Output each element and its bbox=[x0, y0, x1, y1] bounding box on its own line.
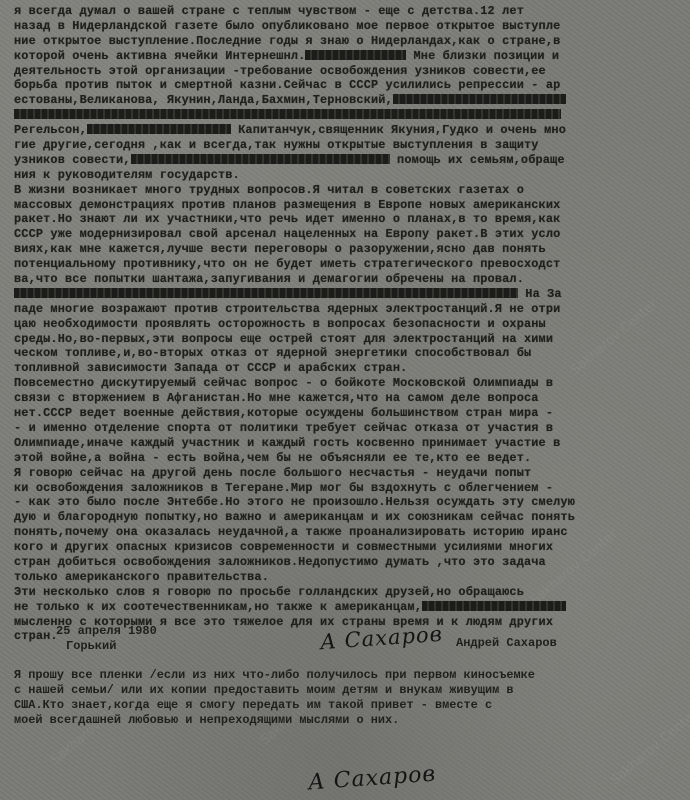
body-line: ние открытое выступление.Последние годы … bbox=[14, 34, 686, 49]
body-line: естованы,Великанова, Якунин,Ланда,Бахмин… bbox=[14, 93, 686, 108]
body-line: виях,как мне кажется,лучше вести перегов… bbox=[14, 242, 686, 257]
body-line: Олимпиаде,иначе каждый участник и каждый… bbox=[14, 436, 686, 451]
struck-out-text bbox=[422, 601, 566, 611]
body-line: ки освобождения заложников в Тегеране.Ми… bbox=[14, 481, 686, 496]
postscript-line: с нашей семьи/ или их копии предоставить… bbox=[14, 683, 686, 698]
body-line: На За bbox=[14, 287, 686, 302]
struck-out-text bbox=[14, 288, 518, 298]
postscript-line: США.Кто знает,когда еще я смогу передать… bbox=[14, 698, 686, 713]
letter-body: я всегда думал о вашей стране с теплым ч… bbox=[14, 4, 686, 644]
body-line: стран добиться освобождения заложников.Н… bbox=[14, 555, 686, 570]
body-line: - как это было после Энтеббе.Но этого не… bbox=[14, 495, 686, 510]
body-line: Регельсон, Капитанчук,священник Якуния,Г… bbox=[14, 123, 686, 138]
body-line: назад в Нидерландской газете было опубли… bbox=[14, 19, 686, 34]
body-line: В жизни возникает много трудных вопросов… bbox=[14, 183, 686, 198]
letter-place: Горький bbox=[56, 639, 157, 654]
postscript-line: моей всегдашней любовью и непреходящими … bbox=[14, 713, 686, 728]
body-line: дую и благородную попытку,но важно и аме… bbox=[14, 510, 686, 525]
body-line: ческом топливе,и,во-вторых отказ от ядер… bbox=[14, 346, 686, 361]
body-line: кого и других опасных кризисов современн… bbox=[14, 540, 686, 555]
body-line: узников совести, помощь их семьям,обраще bbox=[14, 153, 686, 168]
body-line: этой войне,а война - есть война,чем бы н… bbox=[14, 451, 686, 466]
struck-out-text bbox=[131, 154, 390, 164]
struck-out-text bbox=[14, 109, 561, 119]
body-line: деятельность этой организации -требовани… bbox=[14, 64, 686, 79]
body-line: топливной зависимости Запада от СССР и а… bbox=[14, 361, 686, 376]
body-line: - и именно отделение спорта от политики … bbox=[14, 421, 686, 436]
body-line: цаю необходимости проявлять осторожность… bbox=[14, 317, 686, 332]
final-handwritten-signature: А Сахаров bbox=[307, 762, 437, 796]
letter-date: 25 апреля 1980 bbox=[56, 624, 157, 639]
postscript: Я прошу все пленки /если из них что-либо… bbox=[14, 668, 686, 728]
scanned-letter-page: Sakharov CenterSakharov CenterSakharov C… bbox=[0, 0, 690, 800]
body-line: гие другие,сегодня ,как и всегда,так нуж… bbox=[14, 138, 686, 153]
typed-author-name: Андрей Сахаров bbox=[456, 636, 557, 650]
body-line: ния к руководителям государств. bbox=[14, 168, 686, 183]
struck-out-text bbox=[87, 124, 231, 134]
closing-block: 25 апреля 1980 Горький bbox=[56, 624, 157, 654]
body-line: только американского правительства. bbox=[14, 570, 686, 585]
postscript-line: Я прошу все пленки /если из них что-либо… bbox=[14, 668, 686, 683]
body-line: связи с вторжением в Афганистан.Но мне к… bbox=[14, 391, 686, 406]
body-line: массовых демонстрациях против планов раз… bbox=[14, 198, 686, 213]
body-line: ракет.Но знают ли их участники,что речь … bbox=[14, 212, 686, 227]
body-line: паде многие возражают против строительст… bbox=[14, 302, 686, 317]
body-line: я всегда думал о вашей стране с теплым ч… bbox=[14, 4, 686, 19]
body-line: ва,что все попытки шантажа,запугивания и… bbox=[14, 272, 686, 287]
body-line: нет.СССР ведет военные действия,которые … bbox=[14, 406, 686, 421]
body-line: СССР уже модернизировал свой арсенал нац… bbox=[14, 227, 686, 242]
body-line: потенциальному противнику,что он не буде… bbox=[14, 257, 686, 272]
body-line: не только к их соотечественникам,но такж… bbox=[14, 600, 686, 615]
body-line: среды.Но,во-первых,эти вопросы еще остре… bbox=[14, 332, 686, 347]
body-line: Я говорю сейчас на другой день после бол… bbox=[14, 466, 686, 481]
body-line: Эти несколько слов я говорю по просьбе г… bbox=[14, 585, 686, 600]
body-line: которой очень активна ячейки Интернешнл.… bbox=[14, 49, 686, 64]
body-line: понять,почему она оказалась неудачной,а … bbox=[14, 525, 686, 540]
body-line: борьба против пыток и смертной казни.Сей… bbox=[14, 78, 686, 93]
struck-out-text bbox=[305, 50, 406, 60]
struck-out-text bbox=[393, 94, 566, 104]
body-line: Повсеместно дискутируемый сейчас вопрос … bbox=[14, 376, 686, 391]
body-line bbox=[14, 108, 686, 123]
